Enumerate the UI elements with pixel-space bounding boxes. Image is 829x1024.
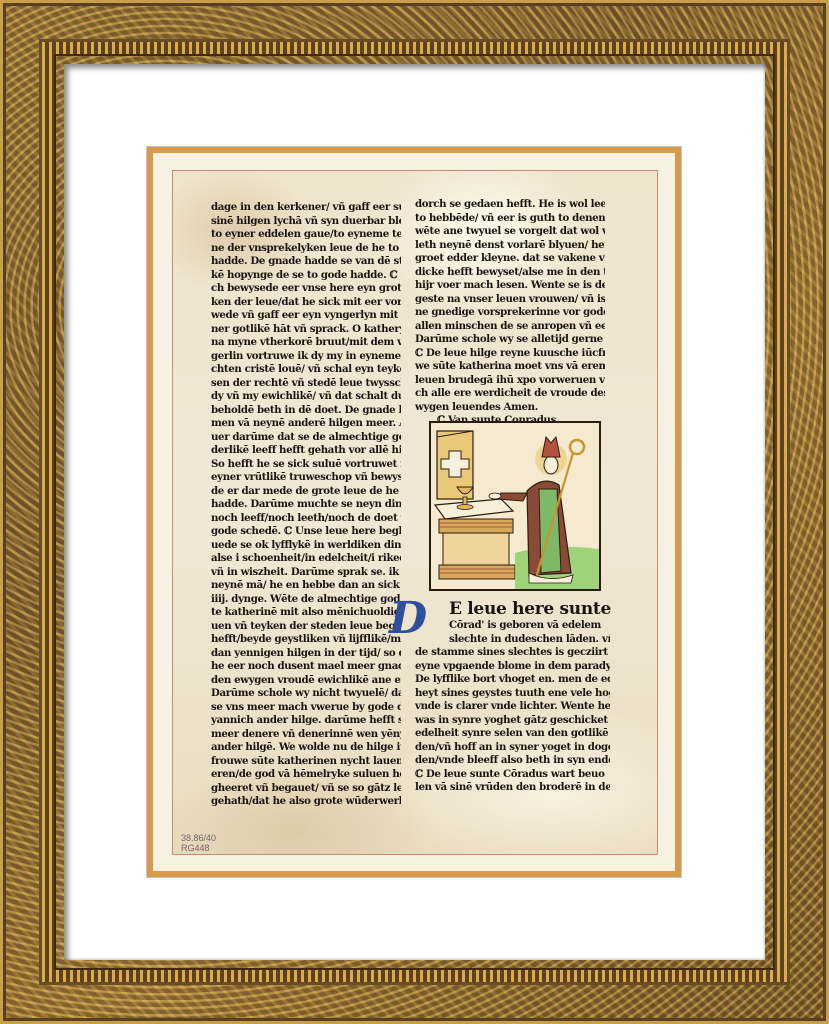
- text-line: den ewygen vroudē ewichlikē ane ende: [211, 674, 401, 688]
- text-line: ℂ De leue hilge reyne kuusche iūcfrou: [415, 347, 605, 361]
- woodcut-image: [431, 423, 599, 589]
- text-line: slechte in dudeschen lāden. vñ: [415, 633, 610, 647]
- pencil-note-reference: RG448: [181, 843, 216, 853]
- text-line: derlikē leeff hefft gehath vor allē hilg…: [211, 444, 401, 458]
- right-column-top-text: dorch se gedaen hefft. He is wol leeffto…: [415, 198, 605, 414]
- text-line: Darūme schole wy nicht twyuelē/ dat: [211, 687, 401, 701]
- text-line: to eyner eddelen gaue/to eyneme teyke: [211, 228, 401, 242]
- text-line: leuen brudegā ihū xpo vorweruen vor: [415, 374, 605, 388]
- text-line: uede se ok lyfflykē in werldiken dingen/: [211, 539, 401, 553]
- text-line: dan yennigen hilgen in der tijd/ so deyt: [211, 647, 401, 661]
- text-line: se vns meer mach vwerue by gode dā: [211, 701, 401, 715]
- saint-conrad-text: D E leue here sunte Cōrad' is geboren vā…: [415, 599, 610, 795]
- text-line: meer denere vñ denerinnē wen yēnyge: [211, 728, 401, 742]
- text-line: we sūte katherina moet vns vā ereme: [415, 360, 605, 374]
- text-line: Darūme schole wy se alletijd gerne erē: [415, 333, 605, 347]
- text-line: yannich ander hilge. darūme hefft se ok: [211, 714, 401, 728]
- text-line: de er dar mede de grote leue de he to er: [211, 485, 401, 499]
- text-line: he eer noch dusent mael meer gnadē in: [211, 660, 401, 674]
- text-line: neynē mā/ he en hebbe dan an sick de: [211, 579, 401, 593]
- text-line: eyne vpgaende blome in dem paradyse: [415, 660, 610, 674]
- text-line: So hefft he se sick suluē vortruwet mit: [211, 458, 401, 472]
- text-line: ander hilgē. We wolde nu de hilge iūc: [211, 741, 401, 755]
- left-text-column: dage in den kerkener/ vñ gaff eer suluēs…: [211, 201, 401, 809]
- text-line: heyt sines geystes tuuth ene vele hoger: [415, 687, 610, 701]
- text-line: sen der rechtē vñ stedē leue twysschen: [211, 377, 401, 391]
- text-line: hadde. Darūme muchte se neyn dinck: [211, 498, 401, 512]
- text-line: noch leeff/noch leeth/noch de doet van: [211, 512, 401, 526]
- pencil-note-accession: 38.86/40: [181, 833, 216, 843]
- text-line: groet edder kleyne. dat se vakene vnde: [415, 252, 605, 266]
- text-line: dy vñ my ewichlikē/ vñ dat schalt du: [211, 390, 401, 404]
- text-line: wēte ane twyuel se vorgelt dat wol vñ: [415, 225, 605, 239]
- woodcut-illustration-saint-conrad: [429, 421, 601, 591]
- text-line: allen minschen de se anropen vñ eeren.: [415, 320, 605, 334]
- text-line: kē hopynge de se to gode hadde. ℂ No: [211, 269, 401, 283]
- text-line: men vā neynē anderē hilgen meer. A-: [211, 417, 401, 431]
- text-line: to hebbēde/ vñ eer is guth to denende.: [415, 212, 605, 226]
- text-line: leth neynē denst vorlarē blyuen/ he sy: [415, 239, 605, 253]
- text-line: alse i schoenheit/in edelcheit/i rikedom: [211, 552, 401, 566]
- text-line: gerlin vortruwe ik dy my in eyneme re: [211, 350, 401, 364]
- text-line: Cōrad' is geboren vā edelem: [415, 619, 610, 633]
- section-opening-line: E leue here sunte: [415, 599, 610, 619]
- text-line: vñ in wiszheit. Darūme sprak se. ik wil: [211, 566, 401, 580]
- text-line: ken der leue/dat he sick mit eer vortru-: [211, 296, 401, 310]
- text-line: den/vnde bleeff also beth in syn ende.: [415, 754, 610, 768]
- pencil-inventory-notes: 38.86/40 RG448: [181, 833, 216, 853]
- text-line: den/vñ hoff an in syner yoget in doge: [415, 741, 610, 755]
- text-line: ne gnedige vorsprekerinne vor gode/: [415, 306, 605, 320]
- text-line: te katherinē mit also mēnichuoldigē ga: [211, 606, 401, 620]
- blue-drop-cap-initial: D: [389, 597, 427, 641]
- text-line: eyner vrūtlikē truweschop vñ bewyse: [211, 471, 401, 485]
- text-line: na myne vtherkorē bruut/mit dem vin: [211, 336, 401, 350]
- text-line: ne der vnsprekelyken leue de he to eer: [211, 242, 401, 256]
- text-line: iiij. dynge. Wēte de almechtige god sun: [211, 593, 401, 607]
- text-line: De lyfflike bort vhoget en. men de edel: [415, 673, 610, 687]
- text-line: gehath/dat he also grote wūderwerke: [211, 795, 401, 809]
- text-line: vnde is clarer vnde lichter. Wente he: [415, 700, 610, 714]
- text-line: wede vñ gaff eer eyn vyngerlyn mit si: [211, 309, 401, 323]
- manuscript-leaf: dage in den kerkener/ vñ gaff eer suluēs…: [172, 170, 658, 855]
- text-line: eren/de god vā hēmelryke suluen hefft: [211, 768, 401, 782]
- text-line: de stamme sines slechtes is gecziirt als…: [415, 646, 610, 660]
- text-line: len vā sinē vrūden den broderē in der: [415, 781, 610, 795]
- text-line: hijr voer mach lesen. Wente se is de ne: [415, 279, 605, 293]
- text-line: gheeret vñ begauet/ vñ se so gātz leeff: [211, 782, 401, 796]
- text-line: dage in den kerkener/ vñ gaff eer suluē: [211, 201, 401, 215]
- text-line: ch bewysede eer vnse here eyn grot tei: [211, 282, 401, 296]
- text-line: ch alle ere werdicheit de vroude des e-: [415, 387, 605, 401]
- text-line: dicke hefft bewyset/alse me in den teykē: [415, 266, 605, 280]
- right-text-column: dorch se gedaen hefft. He is wol leeffto…: [415, 198, 605, 428]
- text-line: chten cristē louē/ vñ schal eyn teykē we: [211, 363, 401, 377]
- text-line: frouwe sūte katherinen nycht lauen vñ: [211, 755, 401, 769]
- text-line: geste na vnser leuen vrouwen/ vñ is ey: [415, 293, 605, 307]
- text-line: beholdē beth in dē doet. De gnade lest: [211, 404, 401, 418]
- text-line: gode schedē. ℂ Unse leue here begha: [211, 525, 401, 539]
- text-line: ℂ De leue sunte Cōradus wart beuo: [415, 768, 610, 782]
- text-line: ner gotlikē hāt vñ sprack. O katherya-: [211, 323, 401, 337]
- text-line: was in synre yoghet gātz geschicket to: [415, 714, 610, 728]
- text-line: edelheit synre selen van den gotlikē gna: [415, 727, 610, 741]
- text-line: uer darūme dat se de almechtige god sū: [211, 431, 401, 445]
- text-line: dorch se gedaen hefft. He is wol leeff: [415, 198, 605, 212]
- text-line: wygen leuendes Amen.: [415, 401, 605, 415]
- text-line: uen vñ teyken der steden leue beghauet: [211, 620, 401, 634]
- text-line: hadde. De gnade hadde se van dē star: [211, 255, 401, 269]
- text-line: hefft/beyde geystliken vñ lijfflikē/meer: [211, 633, 401, 647]
- section-body-lines: Cōrad' is geboren vā edelemslechte in du…: [415, 619, 610, 795]
- text-line: sinē hilgen lychā vñ syn duerbar bloet: [211, 215, 401, 229]
